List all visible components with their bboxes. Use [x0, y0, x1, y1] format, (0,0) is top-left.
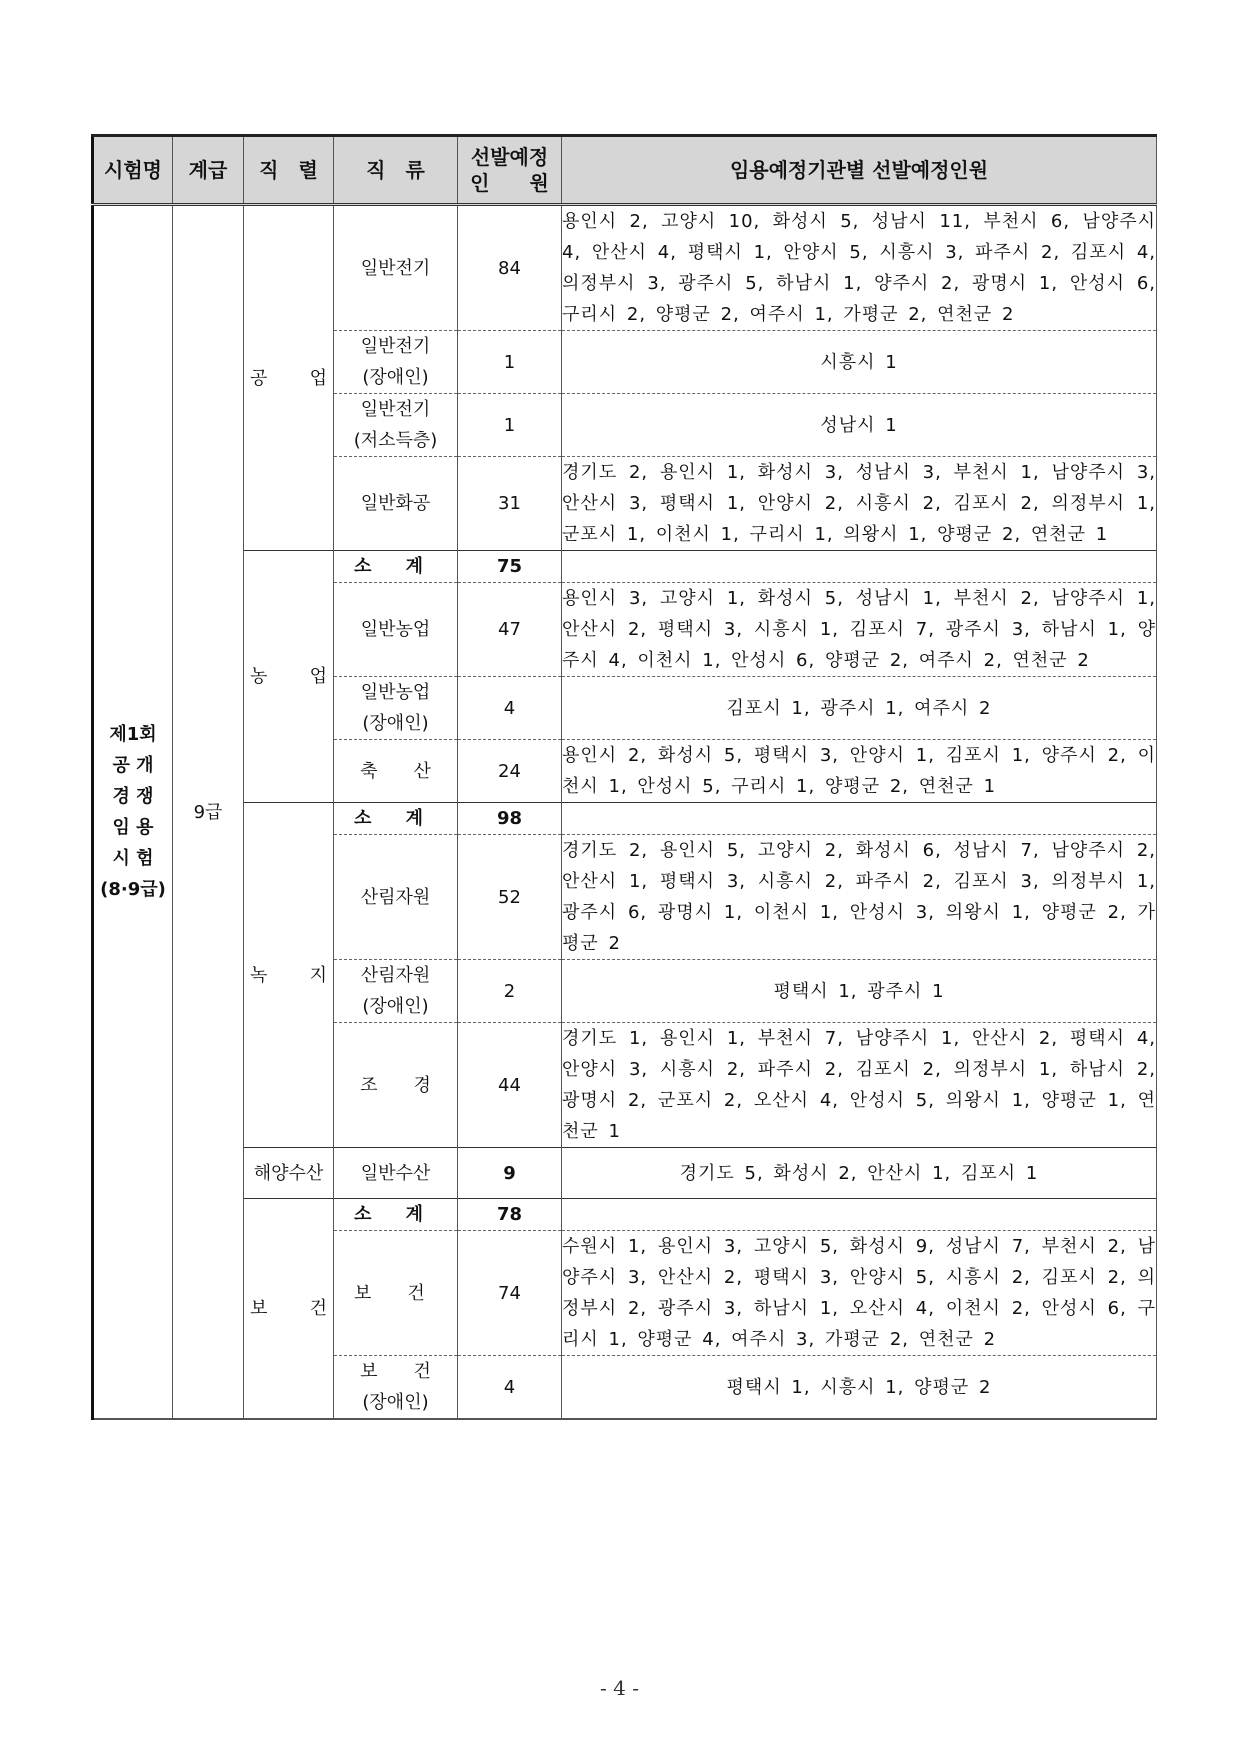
- class-line2: (장애인): [334, 991, 457, 1022]
- count-cell: 4: [458, 1356, 562, 1420]
- class-cell: 산림자원: [334, 835, 458, 960]
- count-cell: 1: [458, 394, 562, 457]
- count-cell: 44: [458, 1023, 562, 1148]
- class-line1: 보 건: [334, 1356, 457, 1387]
- allocation-cell: 평택시 1, 시흥시 1, 양평군 2: [562, 1356, 1157, 1420]
- allocation-text: 용인시 2, 고양시 10, 화성시 5, 성남시 11, 부천시 6, 남양주…: [562, 206, 1156, 330]
- count-cell: 84: [458, 205, 562, 331]
- subtotal-row: 농업 소 계 75: [93, 551, 1157, 583]
- exam-line: 경 쟁: [94, 781, 172, 812]
- class-cell: 일반농업(장애인): [334, 677, 458, 740]
- count-cell: 2: [458, 960, 562, 1023]
- header-count: 선발예정 인 원: [458, 136, 562, 205]
- class-line2: (장애인): [334, 362, 457, 393]
- allocation-cell: 수원시 1, 용인시 3, 고양시 5, 화성시 9, 성남시 7, 부천시 2…: [562, 1231, 1157, 1356]
- exam-line: 임 용: [94, 812, 172, 843]
- page-number: - 4 -: [0, 1676, 1239, 1700]
- allocation-cell: 경기도 2, 용인시 1, 화성시 3, 성남시 3, 부천시 1, 남양주시 …: [562, 457, 1157, 551]
- series-char: 공: [250, 363, 267, 394]
- exam-line: 공 개: [94, 750, 172, 781]
- class-line2: (장애인): [334, 708, 457, 739]
- allocation-cell: 성남시 1: [562, 394, 1157, 457]
- allocation-cell: 용인시 3, 고양시 1, 화성시 5, 성남시 1, 부천시 2, 남양주시 …: [562, 583, 1157, 677]
- subtotal-label: 소 계: [334, 803, 458, 835]
- exam-line: 제1회: [94, 719, 172, 750]
- header-exam: 시험명: [93, 136, 173, 205]
- allocation-text: 경기도 2, 용인시 5, 고양시 2, 화성시 6, 성남시 7, 남양주시 …: [562, 835, 1156, 959]
- class-line1: 산림자원: [334, 960, 457, 991]
- header-count-line2: 인 원: [458, 170, 561, 196]
- header-class: 직 류: [334, 136, 458, 205]
- allocation-cell: [562, 551, 1157, 583]
- class-cell: 보 건: [334, 1231, 458, 1356]
- class-cell: 일반전기(장애인): [334, 331, 458, 394]
- document-page: 시험명 계급 직 렬 직 류 선발예정 인 원 임용예정기관별 선발예정인원 제…: [91, 134, 1155, 1420]
- subtotal-count: 78: [458, 1199, 562, 1231]
- header-series: 직 렬: [244, 136, 334, 205]
- subtotal-count: 75: [458, 551, 562, 583]
- subtotal-count: 98: [458, 803, 562, 835]
- allocation-text: 용인시 3, 고양시 1, 화성시 5, 성남시 1, 부천시 2, 남양주시 …: [562, 583, 1156, 676]
- subtotal-label: 소 계: [334, 551, 458, 583]
- class-line1: 일반전기: [334, 331, 457, 362]
- class-text: 보 건: [354, 1278, 425, 1309]
- exam-name-cell: 제1회 공 개 경 쟁 임 용 시 험 (8·9급): [93, 205, 173, 1420]
- count-cell: 9: [458, 1148, 562, 1199]
- series-char: 지: [310, 960, 327, 991]
- allocation-cell: 평택시 1, 광주시 1: [562, 960, 1157, 1023]
- allocation-cell: [562, 803, 1157, 835]
- series-fisheries: 해양수산: [244, 1148, 334, 1199]
- series-char: 녹: [250, 960, 267, 991]
- exam-line: (8·9급): [94, 874, 172, 905]
- class-cell: 일반전기(저소득층): [334, 394, 458, 457]
- class-cell: 조 경: [334, 1023, 458, 1148]
- allocation-cell: 용인시 2, 고양시 10, 화성시 5, 성남시 11, 부천시 6, 남양주…: [562, 205, 1157, 331]
- allocation-cell: 용인시 2, 화성시 5, 평택시 3, 안양시 1, 김포시 1, 양주시 2…: [562, 740, 1157, 803]
- series-agriculture: 농업: [244, 551, 334, 803]
- header-allocation: 임용예정기관별 선발예정인원: [562, 136, 1157, 205]
- count-cell: 1: [458, 331, 562, 394]
- class-cell: 산림자원(장애인): [334, 960, 458, 1023]
- class-line1: 일반전기: [334, 394, 457, 425]
- count-cell: 24: [458, 740, 562, 803]
- class-cell: 일반화공: [334, 457, 458, 551]
- series-greenery: 녹지: [244, 803, 334, 1148]
- table-header-row: 시험명 계급 직 렬 직 류 선발예정 인 원 임용예정기관별 선발예정인원: [93, 136, 1157, 205]
- count-cell: 52: [458, 835, 562, 960]
- series-industry: 공업: [244, 205, 334, 551]
- series-health: 보건: [244, 1199, 334, 1420]
- header-grade: 계급: [173, 136, 244, 205]
- class-line1: 일반농업: [334, 677, 457, 708]
- subtotal-row: 보건 소 계 78: [93, 1199, 1157, 1231]
- class-line2: (장애인): [334, 1387, 457, 1418]
- series-char: 업: [310, 661, 327, 692]
- allocation-cell: 김포시 1, 광주시 1, 여주시 2: [562, 677, 1157, 740]
- header-count-line1: 선발예정: [458, 144, 561, 170]
- class-cell: 일반수산: [334, 1148, 458, 1199]
- allocation-cell: [562, 1199, 1157, 1231]
- class-cell: 일반농업: [334, 583, 458, 677]
- series-char: 보: [250, 1293, 267, 1324]
- count-cell: 47: [458, 583, 562, 677]
- allocation-cell: 시흥시 1: [562, 331, 1157, 394]
- allocation-cell: 경기도 1, 용인시 1, 부천시 7, 남양주시 1, 안산시 2, 평택시 …: [562, 1023, 1157, 1148]
- table-row: 제1회 공 개 경 쟁 임 용 시 험 (8·9급) 9급 공업 일반전기 84…: [93, 205, 1157, 331]
- subtotal-row: 녹지 소 계 98: [93, 803, 1157, 835]
- class-cell: 일반전기: [334, 205, 458, 331]
- count-cell: 74: [458, 1231, 562, 1356]
- table-row: 해양수산 일반수산 9 경기도 5, 화성시 2, 안산시 1, 김포시 1: [93, 1148, 1157, 1199]
- allocation-cell: 경기도 5, 화성시 2, 안산시 1, 김포시 1: [562, 1148, 1157, 1199]
- count-cell: 31: [458, 457, 562, 551]
- class-line2: (저소득층): [334, 425, 457, 456]
- allocation-text: 수원시 1, 용인시 3, 고양시 5, 화성시 9, 성남시 7, 부천시 2…: [562, 1231, 1156, 1355]
- allocation-text: 경기도 1, 용인시 1, 부천시 7, 남양주시 1, 안산시 2, 평택시 …: [562, 1023, 1156, 1147]
- allocation-text: 용인시 2, 화성시 5, 평택시 3, 안양시 1, 김포시 1, 양주시 2…: [562, 740, 1156, 802]
- allocation-text: 경기도 2, 용인시 1, 화성시 3, 성남시 3, 부천시 1, 남양주시 …: [562, 457, 1156, 550]
- series-char: 농: [250, 661, 267, 692]
- grade-cell: 9급: [173, 205, 244, 1420]
- count-cell: 4: [458, 677, 562, 740]
- exam-line: 시 험: [94, 843, 172, 874]
- series-char: 건: [310, 1293, 327, 1324]
- subtotal-label: 소 계: [334, 1199, 458, 1231]
- allocation-cell: 경기도 2, 용인시 5, 고양시 2, 화성시 6, 성남시 7, 남양주시 …: [562, 835, 1157, 960]
- series-char: 업: [310, 363, 327, 394]
- class-cell: 보 건(장애인): [334, 1356, 458, 1420]
- class-cell: 축 산: [334, 740, 458, 803]
- recruitment-table: 시험명 계급 직 렬 직 류 선발예정 인 원 임용예정기관별 선발예정인원 제…: [91, 134, 1157, 1420]
